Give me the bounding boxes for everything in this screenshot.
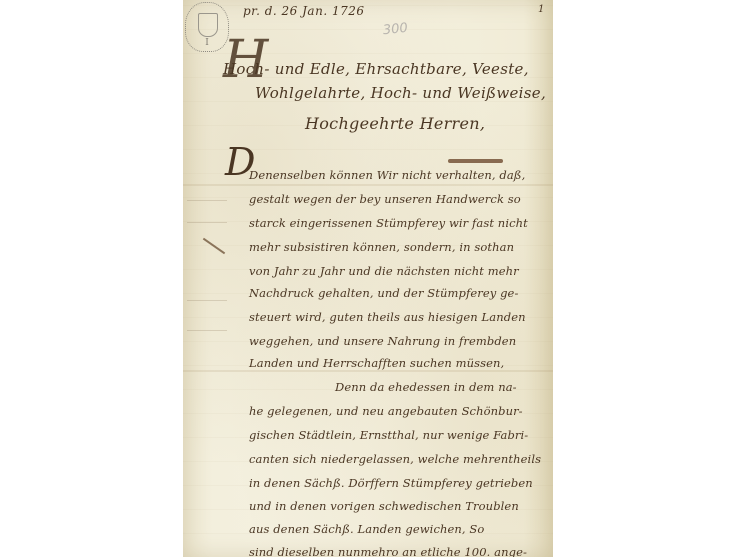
salutation-line-2: Wohlgelahrte, Hoch- und Weißweise, (255, 84, 546, 102)
body-line: gestalt wegen der bey unseren Handwerck … (249, 192, 521, 206)
paper-fold-line (183, 370, 553, 372)
body-line: von Jahr zu Jahr und die nächsten nicht … (249, 264, 519, 278)
body-line: starck eingerissenen Stümpferey wir fast… (249, 216, 528, 230)
body-line: mehr subsistiren können, sondern, in sot… (249, 240, 514, 254)
body-line: sind dieselben nunmehro an etliche 100. … (249, 545, 527, 557)
body-line: weggehen, und unsere Nahrung in frembden (249, 334, 516, 348)
manuscript-page: I pr. d. 26 Jan. 1726 300 1 H Hoch- und … (183, 0, 553, 557)
body-line: Nachdruck gehalten, und der Stümpferey g… (249, 286, 518, 300)
body-line: Denenselben können Wir nicht verhalten, … (249, 168, 525, 182)
corner-mark: 1 (538, 4, 544, 15)
body-line: in denen Sächß. Dörffern Stümpferey getr… (249, 476, 533, 490)
bleed-through-mark (187, 300, 227, 301)
margin-stroke (203, 238, 225, 255)
body-line: und in denen vorigen schwedischen Troubl… (249, 499, 519, 513)
archive-number: 300 (382, 21, 408, 39)
stamp-text: I (205, 38, 209, 48)
bleed-through-mark (187, 200, 227, 201)
body-line: Denn da ehedessen in dem na- (335, 380, 517, 394)
salutation-line-1: Hoch- und Edle, Ehrsachtbare, Veeste, (223, 60, 529, 78)
ink-stroke (448, 159, 503, 163)
body-line: Landen und Herrschafften suchen müssen, (249, 356, 504, 370)
salutation-line-3: Hochgeehrte Herren, (305, 114, 485, 133)
body-line: gischen Städtlein, Ernstthal, nur wenige… (249, 428, 528, 442)
paper-fold-line (183, 184, 553, 186)
body-line: steuert wird, guten theils aus hiesigen … (249, 310, 526, 324)
bleed-through-mark (187, 330, 227, 331)
receipt-date: pr. d. 26 Jan. 1726 (243, 4, 364, 18)
body-line: he gelegenen, und neu angebauten Schönbu… (249, 404, 523, 418)
body-line: canten sich niedergelassen, welche mehre… (249, 452, 541, 466)
body-line: aus denen Sächß. Landen gewichen, So (249, 522, 484, 536)
bleed-through-mark (187, 222, 227, 223)
image-viewer: I pr. d. 26 Jan. 1726 300 1 H Hoch- und … (0, 0, 740, 557)
